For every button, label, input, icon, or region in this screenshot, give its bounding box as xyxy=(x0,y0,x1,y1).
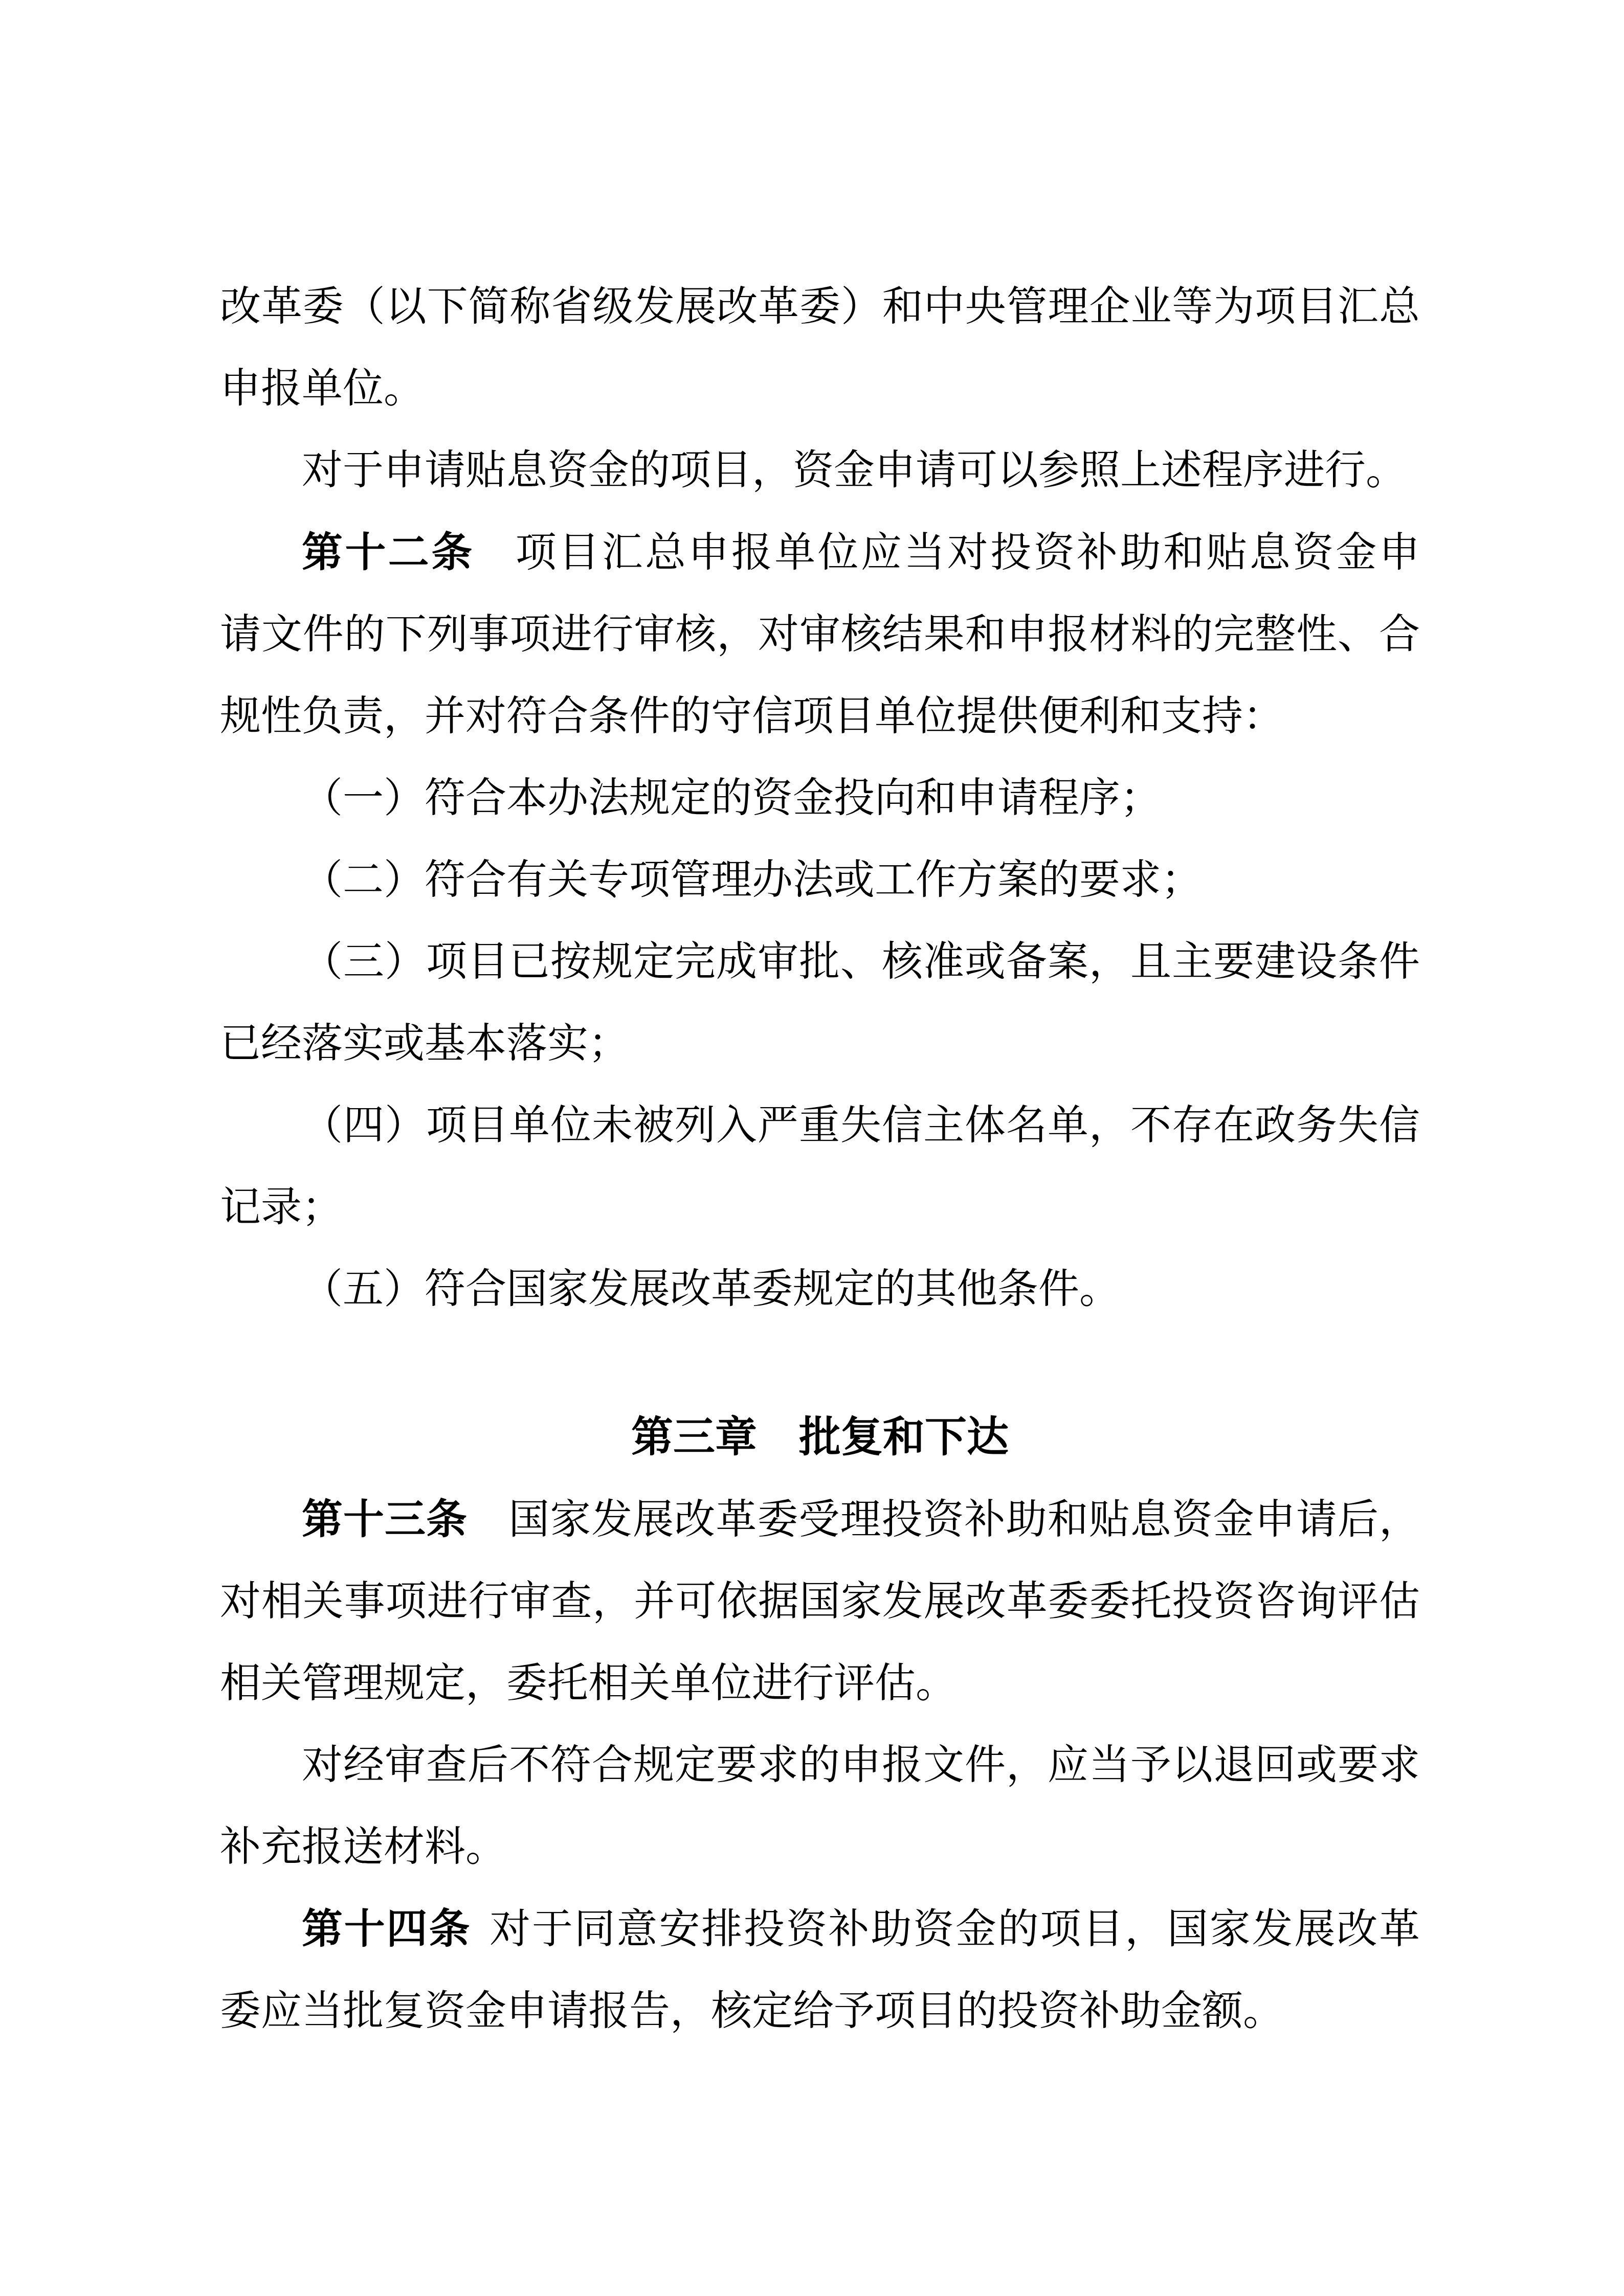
body-line: 申报单位。 xyxy=(220,348,1420,430)
body-line: 改革委（以下简称省级发展改革委）和中央管理企业等为项目汇总 xyxy=(220,266,1420,348)
body-line: 相关管理规定，委托相关单位进行评估。 xyxy=(220,1642,1420,1724)
article-text: 项目汇总申报单位应当对投资补助和贴息资金申 xyxy=(516,530,1420,575)
blank-line-spacer xyxy=(220,1330,1420,1397)
body-line: 对相关事项进行审查，并可依据国家发展改革委委托投资咨询评估 xyxy=(220,1561,1420,1642)
body-line: 对经审查后不符合规定要求的申报文件，应当予以退回或要求 xyxy=(220,1724,1420,1806)
list-item-line: （二）符合有关专项管理办法或工作方案的要求； xyxy=(220,839,1420,921)
chapter-heading: 第三章 批复和下达 xyxy=(220,1397,1420,1478)
article-line: 第十三条国家发展改革委受理投资补助和贴息资金申请后， xyxy=(220,1478,1420,1561)
article-number-bold: 第十二条 xyxy=(302,529,475,575)
body-line: 补充报送材料。 xyxy=(220,1806,1420,1888)
list-item-line: （五）符合国家发展改革委规定的其他条件。 xyxy=(220,1248,1420,1330)
list-item-line: （一）符合本办法规定的资金投向和申请程序； xyxy=(220,757,1420,839)
body-line: 记录； xyxy=(220,1166,1420,1248)
article-line: 第十二条项目汇总申报单位应当对投资补助和贴息资金申 xyxy=(220,511,1420,594)
body-line: 已经落实或基本落实； xyxy=(220,1003,1420,1085)
article-text: 国家发展改革委受理投资补助和贴息资金申请后， xyxy=(508,1497,1420,1542)
article-number-bold: 第十三条 xyxy=(302,1496,468,1542)
body-line: 请文件的下列事项进行审核，对审核结果和申报材料的完整性、合 xyxy=(220,594,1420,676)
list-item-line: （四）项目单位未被列入严重失信主体名单，不存在政务失信 xyxy=(220,1085,1420,1166)
body-line: 委应当批复资金申请报告，核定给予项目的投资补助金额。 xyxy=(220,1970,1420,2052)
article-number-bold: 第十四条 xyxy=(302,1906,471,1951)
document-page: 改革委（以下简称省级发展改革委）和中央管理企业等为项目汇总 申报单位。 对于申请… xyxy=(0,0,1624,2296)
document-body: 改革委（以下简称省级发展改革委）和中央管理企业等为项目汇总 申报单位。 对于申请… xyxy=(220,266,1420,2052)
list-item-line: （三）项目已按规定完成审批、核准或备案，且主要建设条件 xyxy=(220,921,1420,1003)
article-text: 对于同意安排投资补助资金的项目，国家发展改革 xyxy=(490,1907,1420,1952)
body-line: 对于申请贴息资金的项目，资金申请可以参照上述程序进行。 xyxy=(220,430,1420,511)
body-line: 规性负责，并对符合条件的守信项目单位提供便利和支持： xyxy=(220,676,1420,757)
article-line: 第十四条对于同意安排投资补助资金的项目，国家发展改革 xyxy=(220,1888,1420,1970)
